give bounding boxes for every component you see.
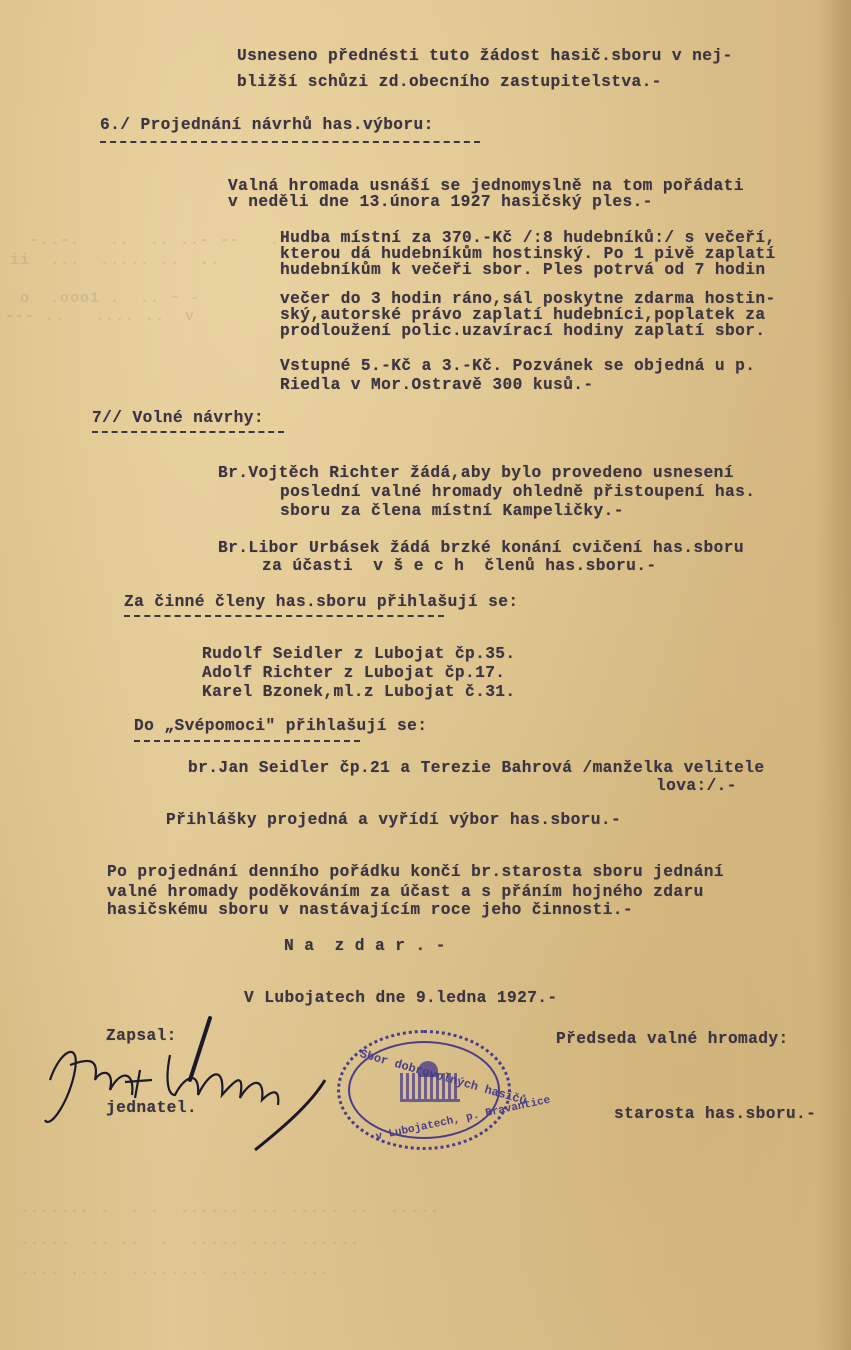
- chair-role: starosta has.sboru.-: [614, 1106, 816, 1123]
- heading-underline: [134, 740, 360, 742]
- section-6-heading: 6./ Projednání návrhů has.výboru:: [100, 117, 434, 134]
- paragraph-line: Br.Vojtěch Richter žádá,aby bylo provede…: [218, 465, 734, 482]
- bleed-through-text: .... .... ........ ..... .....: [20, 1262, 330, 1279]
- bleed-through-text: ....... . . . ...... ... ..... .. .....: [20, 1200, 440, 1217]
- paragraph-line: Br.Libor Urbásek žádá brzké konání cviče…: [218, 540, 744, 557]
- stamp-emblem-icon: [400, 1073, 460, 1102]
- salute: N a z d a r . -: [284, 938, 446, 955]
- handwritten-signature: [40, 1010, 340, 1160]
- place-date: V Lubojatech dne 9.ledna 1927.-: [244, 990, 558, 1007]
- bleed-through-text: -..-. .. .. ..- -- .: [30, 232, 280, 249]
- heading-underline: [124, 615, 444, 617]
- paragraph-line: Riedla v Mor.Ostravě 300 kusů.-: [280, 377, 594, 394]
- members-heading: Za činné členy has.sboru přihlašují se:: [124, 594, 518, 611]
- bleed-through-text: ii ... ..... .. ..: [10, 252, 220, 269]
- closing-line: hasičskému sboru v nastávajícím roce jeh…: [107, 902, 633, 919]
- paragraph-line: Vstupné 5.-Kč a 3.-Kč. Pozvánek se objed…: [280, 358, 755, 375]
- svepomoc-note: Přihlášky projedná a vyřídí výbor has.sb…: [166, 812, 621, 829]
- svepomoc-line: br.Jan Seidler čp.21 a Terezie Bahrová /…: [188, 760, 765, 777]
- member-item: Rudolf Seidler z Lubojat čp.35.: [202, 646, 516, 663]
- intro-line: Usneseno přednésti tuto žádost hasič.sbo…: [237, 48, 733, 65]
- paragraph-line: hudebníkům k večeři sbor. Ples potrvá od…: [280, 262, 765, 279]
- chair-label: Předseda valné hromady:: [556, 1031, 789, 1048]
- closing-line: valné hromady poděkováním za účast a s p…: [107, 884, 704, 901]
- closing-line: Po projednání denního pořádku končí br.s…: [107, 864, 724, 881]
- bleed-through-text: --- .. .... .. v: [5, 308, 195, 325]
- svepomoc-line: lova:/.-: [656, 778, 737, 795]
- heading-underline: [92, 431, 284, 433]
- bleed-through-text: ..... .. .. . ..... .... ......: [20, 1232, 360, 1249]
- heading-underline: [100, 141, 480, 143]
- member-item: Adolf Richter z Lubojat čp.17.: [202, 665, 505, 682]
- paragraph-line: prodloužení polic.uzavírací hodiny zapla…: [280, 323, 765, 340]
- paragraph-line: poslední valné hromady ohledně přistoupe…: [280, 484, 755, 501]
- intro-line: bližší schůzi zd.obecního zastupitelstva…: [237, 74, 662, 91]
- section-7-heading: 7// Volné návrhy:: [92, 410, 264, 427]
- svepomoc-heading: Do „Svépomoci" přihlašují se:: [134, 718, 427, 735]
- paragraph-line: v neděli dne 13.února 1927 hasičský ples…: [228, 194, 653, 211]
- paragraph-line: za účasti v š e c h členů has.sboru.-: [262, 558, 656, 575]
- official-stamp: Sbor dobrovolných hasičů v Lubojatech, p…: [337, 1030, 511, 1150]
- member-item: Karel Bzonek,ml.z Lubojat č.31.: [202, 684, 516, 701]
- bleed-through-text: o .ooo1 . .. ~ -: [20, 290, 200, 307]
- paragraph-line: sboru za člena místní Kampeličky.-: [280, 503, 624, 520]
